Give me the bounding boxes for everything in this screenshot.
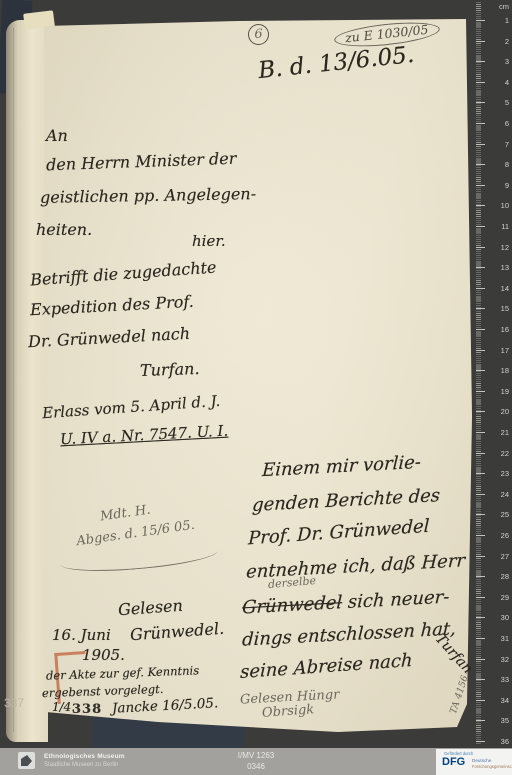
dfg-logo: Gefördert durch DFG Deutsche Forschungsg… xyxy=(436,749,512,775)
subject-line: Turfan. xyxy=(140,359,200,380)
ruler-cm-tick xyxy=(476,391,485,392)
ruler-cm-tick xyxy=(476,741,485,742)
ruler-cm-number: 19 xyxy=(491,387,509,396)
ruler-cm-number: 29 xyxy=(491,593,509,602)
ruler-cm-tick xyxy=(476,700,485,701)
read-stamp-year: 1905. xyxy=(82,646,125,664)
ruler-cm-number: 11 xyxy=(491,222,509,231)
ruler-unit-label: cm xyxy=(499,2,509,11)
ruler-cm-tick xyxy=(476,226,485,227)
ruler-cm-number: 3 xyxy=(491,57,509,66)
circled-number-text: 6 xyxy=(254,27,262,42)
ruler-cm-tick xyxy=(476,267,485,268)
ruler-cm-number: 2 xyxy=(491,37,509,46)
ruler-cm-number: 5 xyxy=(491,98,509,107)
ruler-cm-number: 26 xyxy=(491,531,509,540)
ruler-cm-tick xyxy=(476,308,485,309)
ruler-cm-number: 10 xyxy=(491,201,509,210)
ruler-cm-tick xyxy=(476,720,485,721)
ruler-cm-number: 14 xyxy=(491,284,509,293)
ruler-cm-number: 12 xyxy=(491,243,509,252)
dfg-name-line2: Forschungsgemeinschaft xyxy=(472,764,512,769)
ruler-cm-tick xyxy=(476,185,485,186)
ruler-cm-number: 7 xyxy=(491,140,509,149)
measurement-ruler: cm 1234567891011121314151617181920212223… xyxy=(474,0,512,748)
ruler-cm-number: 28 xyxy=(491,572,509,581)
address-line: heiten. xyxy=(36,220,92,239)
page-number-stamp: 338 xyxy=(72,702,102,717)
footer-bar: Ethnologisches Museum Staatliche Museen … xyxy=(0,748,512,775)
archive-scan-viewer: 6 zu E 1030/05 B. d. 13/6.05. An den Her… xyxy=(0,0,512,775)
ruler-cm-number: 18 xyxy=(491,366,509,375)
ruler-cm-tick xyxy=(476,205,485,206)
ruler-cm-tick xyxy=(476,144,485,145)
ruler-cm-tick xyxy=(476,638,485,639)
ruler-cm-number: 9 xyxy=(491,181,509,190)
ruler-cm-tick xyxy=(476,494,485,495)
ruler-cm-tick xyxy=(476,473,485,474)
ruler-cm-number: 21 xyxy=(491,428,509,437)
ruler-cm-number: 36 xyxy=(491,737,509,746)
ruler-cm-tick xyxy=(476,597,485,598)
ruler-cm-number: 33 xyxy=(491,675,509,684)
ruler-cm-tick xyxy=(476,659,485,660)
ruler-cm-tick xyxy=(476,247,485,248)
ruler-cm-number: 4 xyxy=(491,78,509,87)
address-line: An xyxy=(46,126,68,145)
ruler-cm-tick xyxy=(476,102,485,103)
ruler-cm-tick xyxy=(476,679,485,680)
address-line: geistlichen pp. Angelegen- xyxy=(40,184,256,207)
ruler-cm-number: 20 xyxy=(491,407,509,416)
ruler-cm-tick xyxy=(476,41,485,42)
ruler-cm-tick xyxy=(476,82,485,83)
ruler-cm-number: 13 xyxy=(491,263,509,272)
page-fore-edge xyxy=(6,20,48,742)
ruler-cm-number: 22 xyxy=(491,449,509,458)
ruler-cm-number: 8 xyxy=(491,160,509,169)
ruler-cm-tick xyxy=(476,61,485,62)
ruler-cm-number: 17 xyxy=(491,346,509,355)
ruler-cm-number: 6 xyxy=(491,119,509,128)
ruler-cm-tick xyxy=(476,432,485,433)
ruler-cm-tick xyxy=(476,370,485,371)
ruler-cm-tick xyxy=(476,329,485,330)
ruler-cm-number: 24 xyxy=(491,490,509,499)
dfg-abbreviation: DFG xyxy=(442,756,465,768)
ruler-cm-tick xyxy=(476,411,485,412)
ruler-cm-number: 23 xyxy=(491,469,509,478)
ruler-cm-tick xyxy=(476,556,485,557)
ruler-cm-tick xyxy=(476,350,485,351)
ruler-cm-number: 1 xyxy=(491,16,509,25)
ruler-cm-number: 35 xyxy=(491,716,509,725)
circled-folio-number: 6 xyxy=(248,24,269,45)
ruler-cm-tick xyxy=(476,453,485,454)
ruler-cm-tick xyxy=(476,123,485,124)
ruler-cm-number: 25 xyxy=(491,510,509,519)
ruler-cm-number: 31 xyxy=(491,634,509,643)
ruler-cm-number: 15 xyxy=(491,304,509,313)
ruler-cm-tick xyxy=(476,576,485,577)
read-stamp-date: 16. Juni xyxy=(52,626,111,644)
ruler-cm-tick xyxy=(476,164,485,165)
ruler-cm-tick xyxy=(476,288,485,289)
ruler-cm-number: 30 xyxy=(491,613,509,622)
ruler-cm-tick xyxy=(476,20,485,21)
ruler-cm-tick xyxy=(476,617,485,618)
ruler-millimeter-ticks xyxy=(476,2,481,744)
address-hier: hier. xyxy=(192,232,226,250)
ruler-cm-tick xyxy=(476,535,485,536)
ruler-cm-number: 34 xyxy=(491,696,509,705)
page-number-previous: 337 xyxy=(4,696,24,710)
ruler-cm-number: 27 xyxy=(491,552,509,561)
dfg-name-line1: Deutsche xyxy=(472,758,491,763)
ruler-cm-number: 16 xyxy=(491,325,509,334)
ruler-cm-number: 32 xyxy=(491,655,509,664)
ruler-cm-tick xyxy=(476,514,485,515)
